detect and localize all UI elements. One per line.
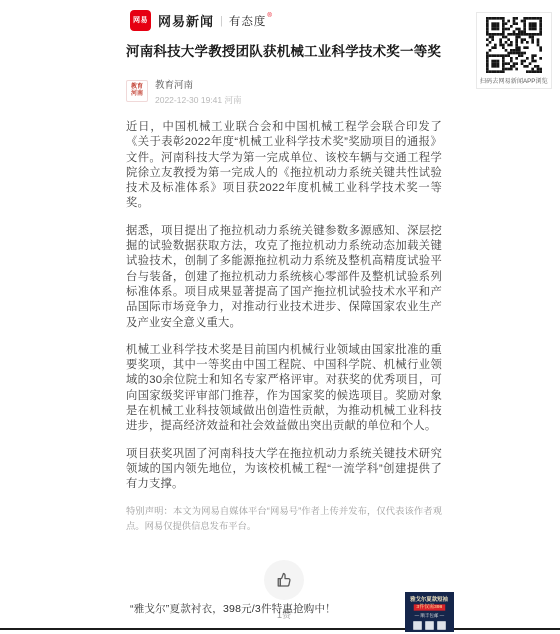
avatar-seal-line1: 教育 xyxy=(131,84,143,91)
paragraph: 近日，中国机械工业联合会和中国机械工程学会联合印发了《关于表彰2022年度“机械… xyxy=(126,120,442,212)
article-title: 河南科技大学教授团队获机械工业科学技术奖一等奖 xyxy=(126,42,442,62)
bottom-divider xyxy=(0,628,560,630)
article-page: 网易 网易新闻 | 有态度® 扫码去网易新闻APP浏览 河南科技大学教授团队获机… xyxy=(0,0,560,634)
like-button[interactable] xyxy=(264,560,304,600)
author-row[interactable]: 教育 河南 教育河南 2022-12-30 19:41 河南 xyxy=(126,80,442,106)
shirt-icon xyxy=(437,621,446,630)
paragraph: 机械工业科学技术奖是目前国内机械行业领域由国家批准的重要奖项，其中一等奖由中国工… xyxy=(126,343,442,435)
ad-thumb-shipping: — 顺丰包邮 — xyxy=(415,612,445,618)
article-body: 近日，中国机械工业联合会和中国机械工程学会联合印发了《关于表彰2022年度“机械… xyxy=(126,120,442,493)
avatar-seal-line2: 河南 xyxy=(131,91,143,98)
paragraph: 项目获奖巩固了河南科技大学在拖拉机动力系统关键技术研究领域的国内领先地位，为该校… xyxy=(126,447,442,493)
qr-code xyxy=(486,17,542,73)
ad-thumbnail[interactable]: 雅戈尔夏款短袖 3件仅需398 — 顺丰包邮 — xyxy=(405,592,454,632)
ad-shirt-images xyxy=(413,621,446,630)
author-info: 教育河南 2022-12-30 19:41 河南 xyxy=(155,80,241,106)
ad-thumb-price: 3件仅需398 xyxy=(414,604,445,610)
paragraph: 据悉，项目提出了拖拉机动力系统关键参数多源感知、深层挖掘的试验数据获取方法，攻克… xyxy=(126,224,442,331)
shirt-icon xyxy=(413,621,422,630)
article-column: 河南科技大学教授团队获机械工业科学技术奖一等奖 教育 河南 教育河南 2022-… xyxy=(126,0,442,621)
qr-panel: 扫码去网易新闻APP浏览 xyxy=(476,12,552,89)
thumbs-up-icon xyxy=(275,571,293,589)
qr-caption: 扫码去网易新闻APP浏览 xyxy=(480,76,548,85)
ad-link-text[interactable]: “雅戈尔”夏款衬衣，398元/3件特惠抢购中！ xyxy=(130,601,336,616)
ad-thumb-title: 雅戈尔夏款短袖 xyxy=(411,594,449,602)
publish-meta: 2022-12-30 19:41 河南 xyxy=(155,94,241,106)
author-avatar[interactable]: 教育 河南 xyxy=(126,80,148,102)
shirt-icon xyxy=(425,621,434,630)
disclaimer-text: 特别声明：本文为网易自媒体平台“网易号”作者上传并发布，仅代表该作者观点。网易仅… xyxy=(126,504,442,534)
author-name[interactable]: 教育河南 xyxy=(155,80,241,91)
